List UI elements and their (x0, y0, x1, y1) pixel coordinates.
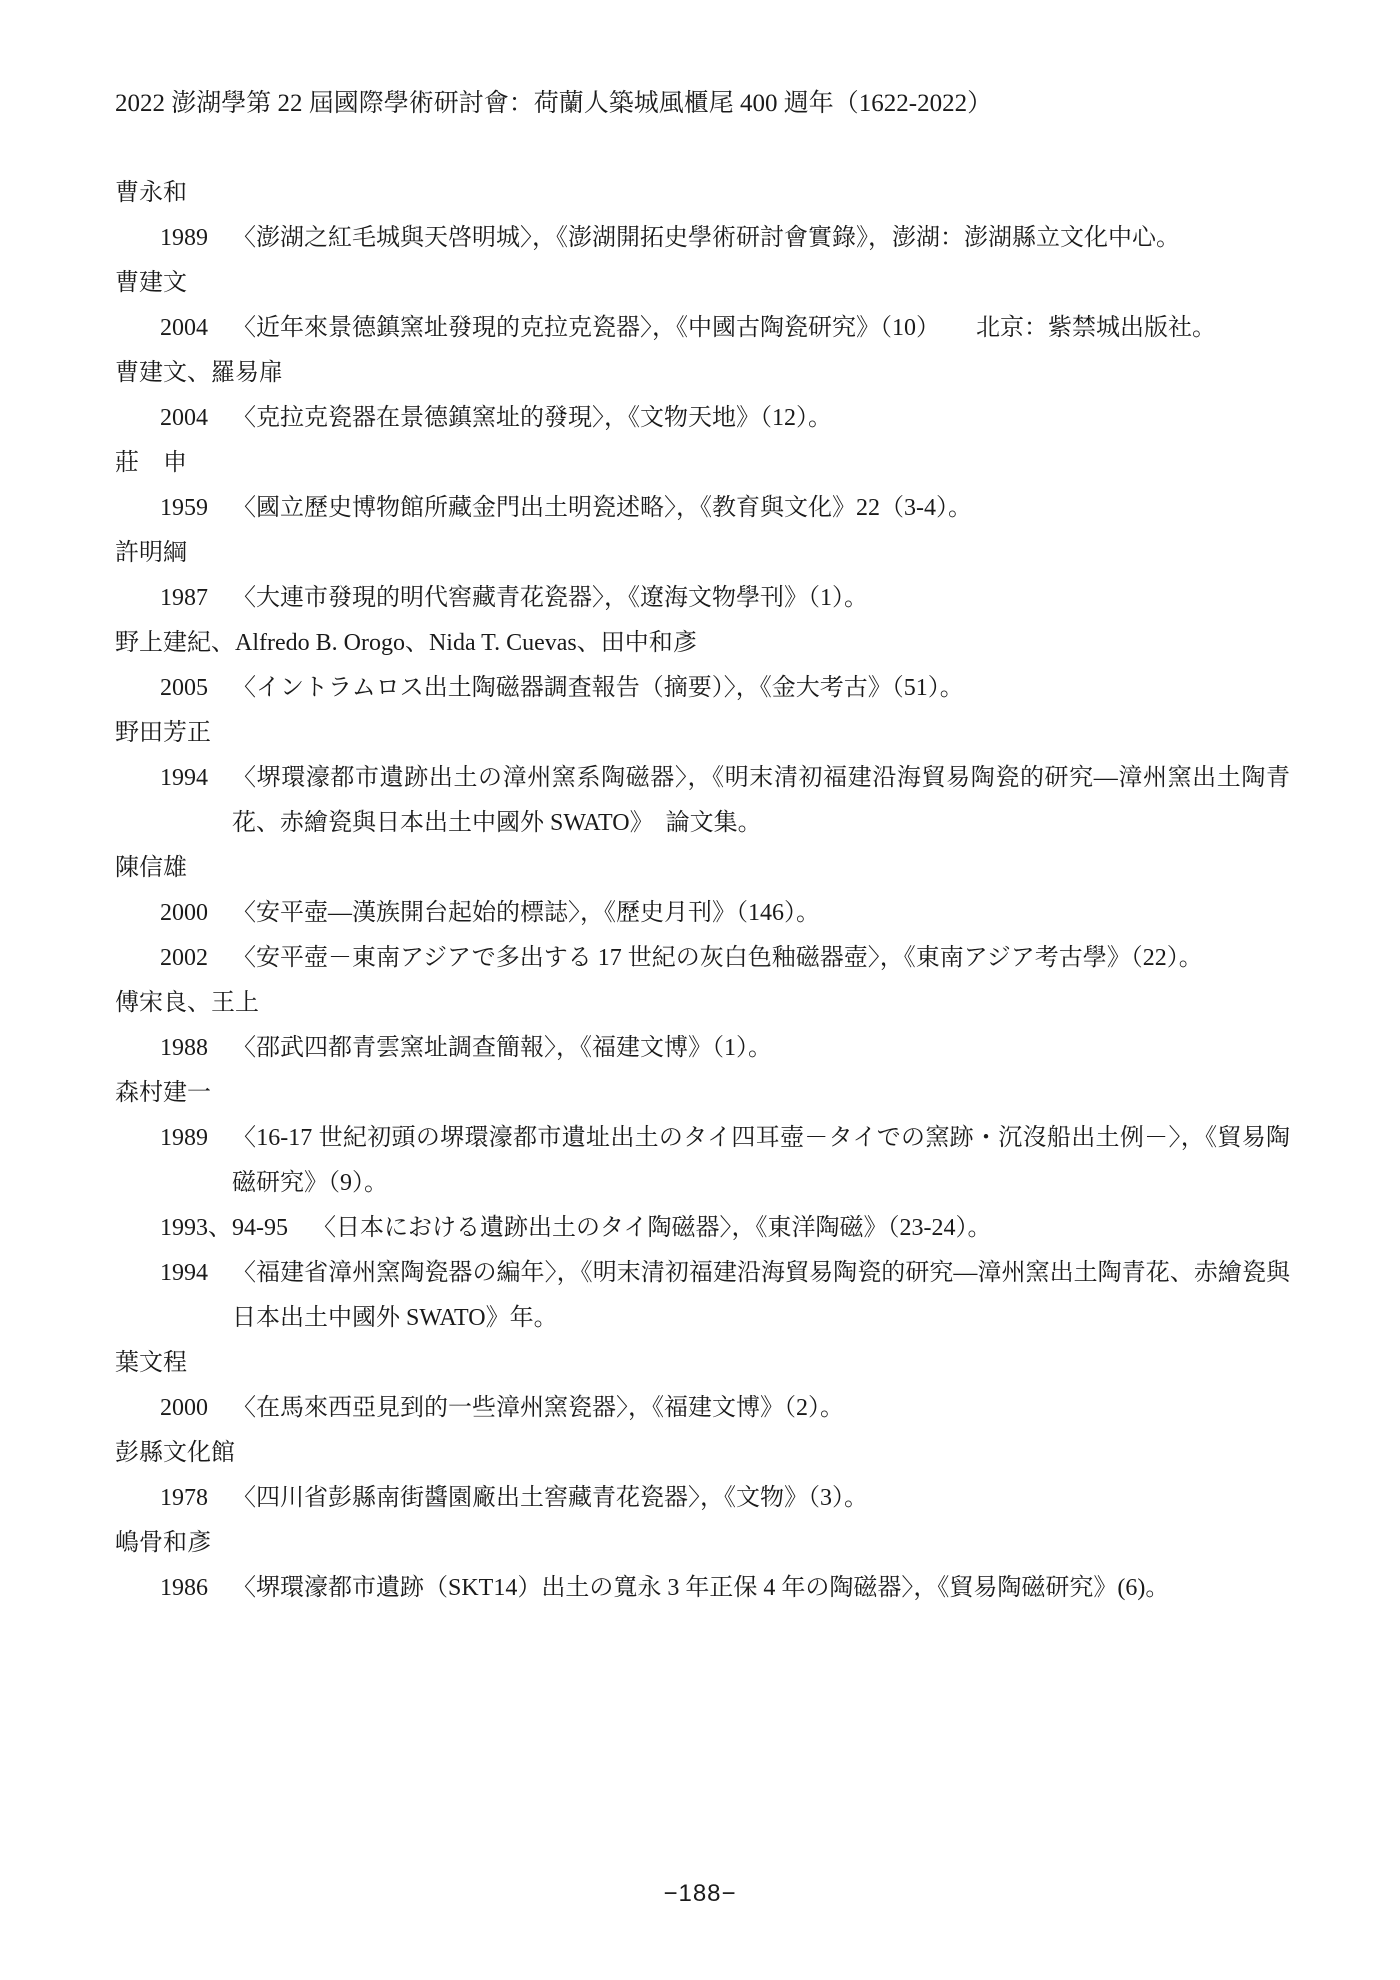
reference-text: 〈イントラムロス出土陶磁器調査報告（摘要）〉，《金大考古》（51）。 (232, 666, 1290, 711)
author-name: 葉文程 (115, 1341, 1290, 1386)
reference-year: 1988 (160, 1026, 208, 1071)
reference-entry: 2000 〈安平壺—漢族開台起始的標誌〉，《歷史月刊》（146）。 (115, 891, 1290, 936)
reference-year: 1994 (160, 756, 208, 846)
reference-entry: 1989 〈16-17 世紀初頭の堺環濠都市遺址出土のタイ四耳壺－タイでの窯跡・… (115, 1116, 1290, 1206)
reference-text: 〈大連市發現的明代窖藏青花瓷器〉，《遼海文物學刊》（1）。 (232, 576, 1290, 621)
bibliography-section: 森村建一 1989 〈16-17 世紀初頭の堺環濠都市遺址出土のタイ四耳壺－タイ… (115, 1071, 1290, 1341)
reference-entry: 1994 〈福建省漳州窯陶瓷器の編年〉，《明末清初福建沿海貿易陶瓷的研究—漳州窯… (115, 1251, 1290, 1341)
reference-entry: 1994 〈堺環濠都市遺跡出土の漳州窯系陶磁器〉，《明末清初福建沿海貿易陶瓷的研… (115, 756, 1290, 846)
conference-header: 2022 澎湖學第 22 屆國際學術研討會：荷蘭人築城風櫃尾 400 週年（16… (115, 88, 1290, 119)
reference-text: 〈四川省彭縣南街醬園廠出土窖藏青花瓷器〉，《文物》（3）。 (232, 1476, 1290, 1521)
reference-entry: 2002 〈安平壺－東南アジアで多出する 17 世紀の灰白色釉磁器壺〉，《東南ア… (115, 936, 1290, 981)
reference-text: 〈近年來景德鎮窯址發現的克拉克瓷器〉，《中國古陶瓷研究》（10） 北京：紫禁城出… (232, 306, 1290, 351)
reference-year: 2004 (160, 306, 208, 351)
reference-text: 〈在馬來西亞見到的一些漳州窯瓷器〉，《福建文博》（2）。 (232, 1386, 1290, 1431)
bibliography-section: 嶋骨和彥 1986 〈堺環濠都市遺跡（SKT14）出土の寬永 3 年正保 4 年… (115, 1521, 1290, 1611)
reference-entry: 2004 〈近年來景德鎮窯址發現的克拉克瓷器〉，《中國古陶瓷研究》（10） 北京… (115, 306, 1290, 351)
reference-entry: 2000 〈在馬來西亞見到的一些漳州窯瓷器〉，《福建文博》（2）。 (115, 1386, 1290, 1431)
bibliography-section: 許明綱 1987 〈大連市發現的明代窖藏青花瓷器〉，《遼海文物學刊》（1）。 (115, 531, 1290, 621)
document-page: 2022 澎湖學第 22 屆國際學術研討會：荷蘭人築城風櫃尾 400 週年（16… (0, 0, 1400, 1980)
reference-entry: 1959 〈國立歷史博物館所藏金門出土明瓷述略〉，《教育與文化》22（3-4）。 (115, 486, 1290, 531)
reference-text: 〈國立歷史博物館所藏金門出土明瓷述略〉，《教育與文化》22（3-4）。 (232, 486, 1290, 531)
bibliography-section: 曹建文、羅易扉 2004 〈克拉克瓷器在景德鎮窯址的發現〉，《文物天地》（12）… (115, 351, 1290, 441)
author-name: 野田芳正 (115, 711, 1290, 756)
reference-text: 〈福建省漳州窯陶瓷器の編年〉，《明末清初福建沿海貿易陶瓷的研究—漳州窯出土陶青花… (232, 1251, 1290, 1341)
author-name: 陳信雄 (115, 846, 1290, 891)
reference-year: 2000 (160, 1386, 208, 1431)
bibliography-section: 傅宋良、王上 1988 〈邵武四都青雲窯址調查簡報〉，《福建文博》（1）。 (115, 981, 1290, 1071)
reference-entry: 1987 〈大連市發現的明代窖藏青花瓷器〉，《遼海文物學刊》（1）。 (115, 576, 1290, 621)
reference-year: 2004 (160, 396, 208, 441)
page-number: −188− (0, 1880, 1400, 1908)
bibliography-section: 曹建文 2004 〈近年來景德鎮窯址發現的克拉克瓷器〉，《中國古陶瓷研究》（10… (115, 261, 1290, 351)
reference-year: 2002 (160, 936, 208, 981)
bibliography-section: 野田芳正 1994 〈堺環濠都市遺跡出土の漳州窯系陶磁器〉，《明末清初福建沿海貿… (115, 711, 1290, 846)
reference-text: 〈邵武四都青雲窯址調查簡報〉，《福建文博》（1）。 (232, 1026, 1290, 1071)
bibliography-section: 莊 申 1959 〈國立歷史博物館所藏金門出土明瓷述略〉，《教育與文化》22（3… (115, 441, 1290, 531)
reference-text: 〈堺環濠都市遺跡出土の漳州窯系陶磁器〉，《明末清初福建沿海貿易陶瓷的研究—漳州窯… (232, 756, 1290, 846)
author-name: 森村建一 (115, 1071, 1290, 1116)
author-name: 曹建文 (115, 261, 1290, 306)
reference-year: 1987 (160, 576, 208, 621)
reference-year: 2000 (160, 891, 208, 936)
bibliography-section: 彭縣文化館 1978 〈四川省彭縣南街醬園廠出土窖藏青花瓷器〉，《文物》（3）。 (115, 1431, 1290, 1521)
reference-entry: 2004 〈克拉克瓷器在景德鎮窯址的發現〉，《文物天地》（12）。 (115, 396, 1290, 441)
reference-year: 1994 (160, 1251, 208, 1341)
reference-text: 〈克拉克瓷器在景德鎮窯址的發現〉，《文物天地》（12）。 (232, 396, 1290, 441)
reference-entry: 1989 〈澎湖之紅毛城與天啓明城〉，《澎湖開拓史學術研討會實錄》，澎湖：澎湖縣… (115, 216, 1290, 261)
reference-year: 1959 (160, 486, 208, 531)
author-name: 曹永和 (115, 171, 1290, 216)
reference-year: 1989 (160, 216, 208, 261)
reference-text: 〈安平壺－東南アジアで多出する 17 世紀の灰白色釉磁器壺〉，《東南アジア考古學… (232, 936, 1290, 981)
author-name: 傅宋良、王上 (115, 981, 1290, 1026)
author-name: 曹建文、羅易扉 (115, 351, 1290, 396)
author-name: 嶋骨和彥 (115, 1521, 1290, 1566)
reference-text: 〈日本における遺跡出土のタイ陶磁器〉，《東洋陶磁》（23-24）。 (312, 1206, 1290, 1251)
reference-entry: 1978 〈四川省彭縣南街醬園廠出土窖藏青花瓷器〉，《文物》（3）。 (115, 1476, 1290, 1521)
bibliography-section: 野上建紀、Alfredo B. Orogo、Nida T. Cuevas、田中和… (115, 621, 1290, 711)
author-name: 野上建紀、Alfredo B. Orogo、Nida T. Cuevas、田中和… (115, 621, 1290, 666)
reference-year: 1986 (160, 1566, 208, 1611)
author-name: 莊 申 (115, 441, 1290, 486)
reference-text: 〈16-17 世紀初頭の堺環濠都市遺址出土のタイ四耳壺－タイでの窯跡・沉沒船出土… (232, 1116, 1290, 1206)
bibliography-section: 曹永和 1989 〈澎湖之紅毛城與天啓明城〉，《澎湖開拓史學術研討會實錄》，澎湖… (115, 171, 1290, 261)
reference-entry: 2005 〈イントラムロス出土陶磁器調査報告（摘要）〉，《金大考古》（51）。 (115, 666, 1290, 711)
bibliography-list: 曹永和 1989 〈澎湖之紅毛城與天啓明城〉，《澎湖開拓史學術研討會實錄》，澎湖… (115, 171, 1290, 1611)
author-name: 彭縣文化館 (115, 1431, 1290, 1476)
bibliography-section: 葉文程 2000 〈在馬來西亞見到的一些漳州窯瓷器〉，《福建文博》（2）。 (115, 1341, 1290, 1431)
reference-entry: 1988 〈邵武四都青雲窯址調查簡報〉，《福建文博》（1）。 (115, 1026, 1290, 1071)
bibliography-section: 陳信雄 2000 〈安平壺—漢族開台起始的標誌〉，《歷史月刊》（146）。 20… (115, 846, 1290, 981)
author-name: 許明綱 (115, 531, 1290, 576)
reference-text: 〈澎湖之紅毛城與天啓明城〉，《澎湖開拓史學術研討會實錄》，澎湖：澎湖縣立文化中心… (232, 216, 1290, 261)
reference-text: 〈堺環濠都市遺跡（SKT14）出土の寬永 3 年正保 4 年の陶磁器〉，《貿易陶… (232, 1566, 1290, 1611)
reference-entry: 1993、94-95 〈日本における遺跡出土のタイ陶磁器〉，《東洋陶磁》（23-… (115, 1206, 1290, 1251)
reference-year: 1989 (160, 1116, 208, 1206)
reference-year: 2005 (160, 666, 208, 711)
reference-entry: 1986 〈堺環濠都市遺跡（SKT14）出土の寬永 3 年正保 4 年の陶磁器〉… (115, 1566, 1290, 1611)
reference-year: 1993、94-95 (160, 1206, 288, 1251)
reference-year: 1978 (160, 1476, 208, 1521)
reference-text: 〈安平壺—漢族開台起始的標誌〉，《歷史月刊》（146）。 (232, 891, 1290, 936)
